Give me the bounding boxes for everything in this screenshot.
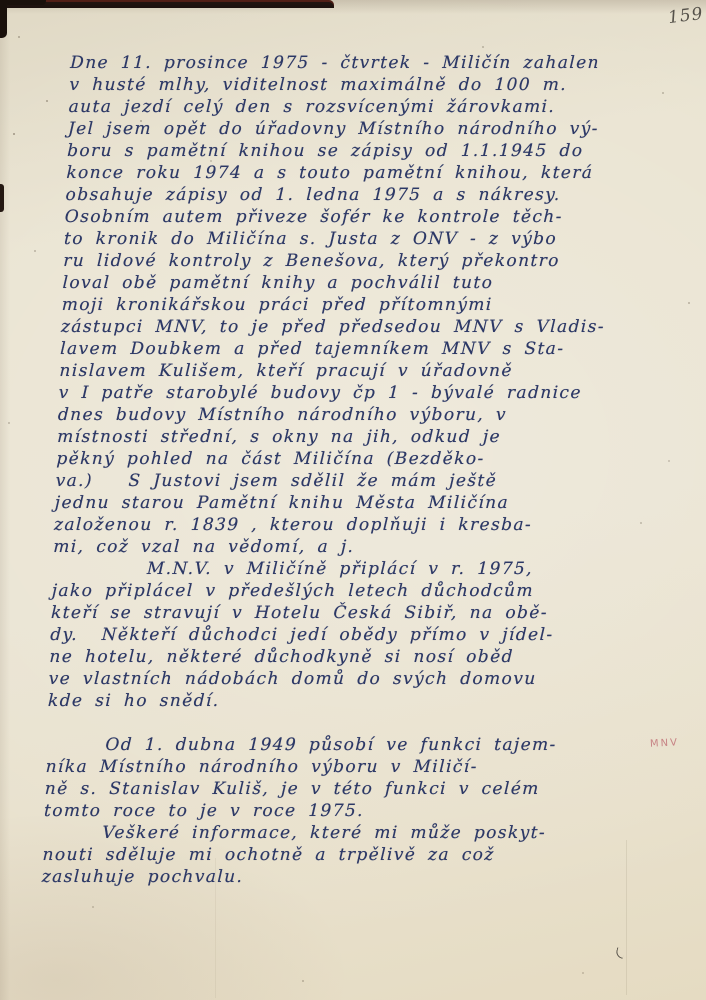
scan-edge-top-left-horizontal [0, 0, 46, 5]
manuscript-page: 159 Dne 11. prosince 1975 - čtvrtek - Mi… [0, 0, 706, 1000]
scan-edge-left-sliver [0, 184, 4, 212]
scan-edge-top-left-vertical [0, 0, 7, 38]
page-number: 159 [667, 4, 705, 28]
scan-edge-bottom-strip [0, 0, 334, 8]
margin-note-mnv: MNV [650, 737, 679, 750]
handwritten-text: Dne 11. prosince 1975 - čtvrtek - Miličí… [41, 52, 674, 888]
pencil-squiggle-icon [615, 947, 625, 959]
